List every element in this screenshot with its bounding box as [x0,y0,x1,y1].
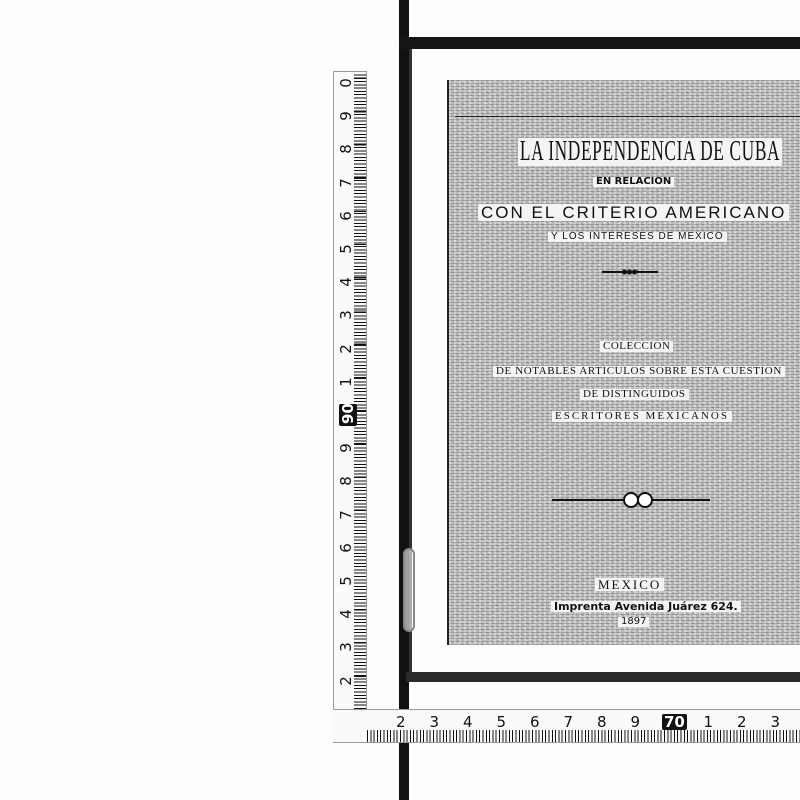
ruler-number: 70 [662,714,687,730]
ruler-number: 4 [337,605,355,623]
ruler-number: 4 [463,714,473,730]
ruler-number: 5 [337,240,355,258]
collection-line: DE DISTINGUIDOS [580,389,689,400]
publication-place: MEXICO [595,578,664,591]
ruler-number: 2 [337,672,355,690]
ruler-number: 8 [597,714,607,730]
ruler-number: 3 [337,306,355,324]
ruler-number: 90 [339,404,357,426]
ruler-number: 6 [530,714,540,730]
ruler-ticks [367,730,800,742]
ruler-number: 6 [337,539,355,557]
ruler-number: 9 [337,107,355,125]
subtitle-criterio: CON EL CRITERIO AMERICANO [478,204,789,221]
publication-year: 1897 [618,617,649,627]
ruler-number: 5 [497,714,507,730]
ruler-number: 8 [337,472,355,490]
ruler-number: 3 [430,714,440,730]
ruler-number: 6 [337,207,355,225]
top-rule [455,116,800,117]
ruler-number: 7 [337,174,355,192]
vertical-ruler: 0987654321909876543210 [333,71,367,743]
publisher: Imprenta Avenida Juárez 624. [551,601,741,612]
ruler-number: 7 [337,506,355,524]
scan-frame-bottom-bar [406,672,800,682]
ruler-number: 2 [737,714,747,730]
horizontal-ruler: 23456789701234 [333,709,800,743]
ruler-number: 0 [337,74,355,92]
subtitle-en-relacion: EN RELACION [593,177,674,187]
ornament-dots-icon [622,268,638,276]
ruler-number: 3 [771,714,781,730]
document-title: LA INDEPENDENCIA DE CUBA [518,138,782,166]
ruler-number: 4 [337,273,355,291]
collection-line: ESCRITORES MEXICANOS [552,411,732,422]
ruler-number: 2 [337,340,355,358]
ruler-number: 1 [704,714,714,730]
ruler-number: 8 [337,140,355,158]
ruler-number: 9 [337,439,355,457]
paper-clip-icon [403,548,415,632]
collection-line: COLECCION [600,341,673,352]
ornament-scroll-icon [637,492,653,508]
ruler-number: 2 [396,714,406,730]
ruler-number: 3 [337,638,355,656]
ruler-number: 5 [337,572,355,590]
ruler-number: 7 [564,714,574,730]
scan-frame-top-bar [399,37,800,49]
ruler-number: 1 [337,373,355,391]
subtitle-intereses: Y LOS INTERESES DE MEXICO [548,232,727,242]
collection-line: DE NOTABLES ARTICULOS SOBRE ESTA CUESTIO… [493,366,785,377]
ruler-number: 9 [631,714,641,730]
